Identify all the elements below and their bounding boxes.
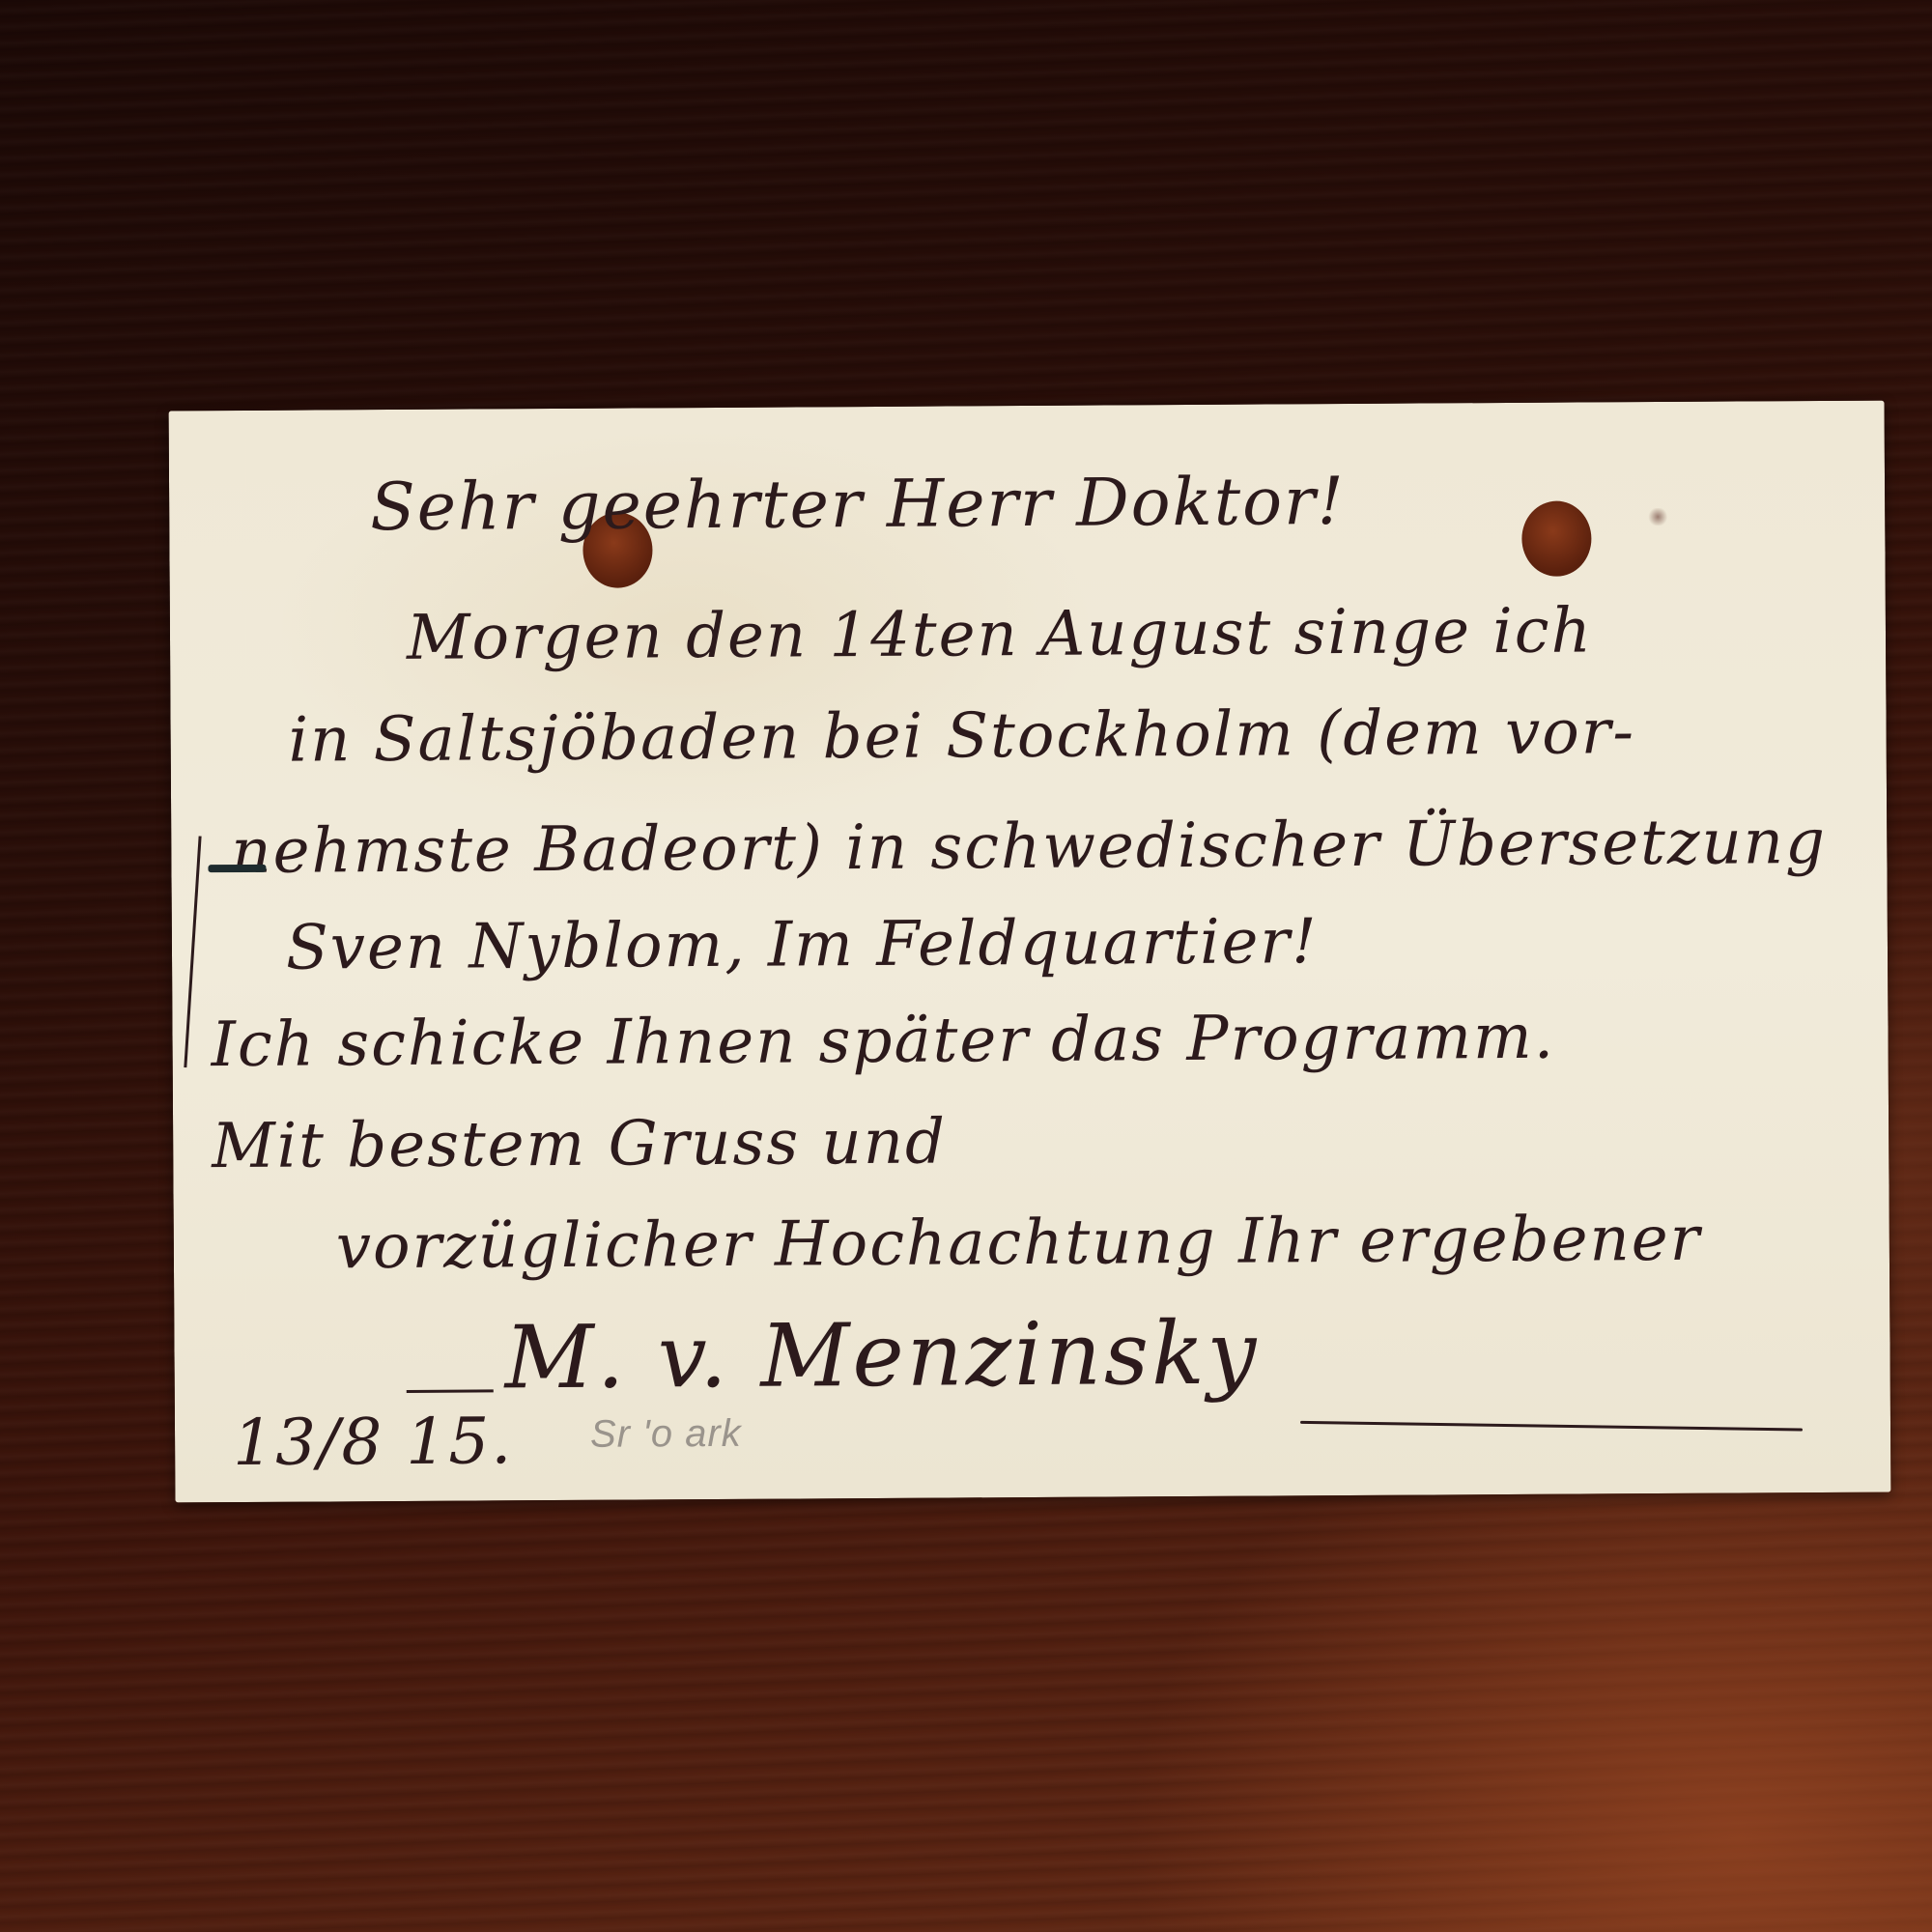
body-line: nehmste Badeort) in schwedischer Überset… — [231, 807, 1827, 888]
date-overline — [407, 1389, 494, 1393]
crossed-out-word — [208, 865, 266, 872]
greeting-line: Sehr geehrter Herr Doktor! — [370, 464, 1346, 546]
ink-smudge — [1647, 508, 1668, 526]
body-line: Morgen den 14ten August singe ich — [407, 595, 1593, 673]
signature: M. v. Menzinsky — [504, 1303, 1260, 1409]
closing-line: vorzüglicher Hochachtung Ihr ergebener — [336, 1204, 1702, 1284]
postcard: Sehr geehrter Herr Doktor! Morgen den 14… — [169, 401, 1891, 1503]
body-line: Ich schicke Ihnen später das Programm. — [211, 1002, 1555, 1081]
pencil-annotation: Sr 'o ark — [590, 1412, 742, 1457]
signature-flourish — [1300, 1421, 1803, 1432]
date: 13/8 15. — [233, 1404, 514, 1480]
closing-line: Mit bestem Gruss und — [212, 1107, 947, 1183]
punch-hole-right — [1521, 500, 1591, 576]
body-line: Sven Nyblom, Im Feldquartier! — [286, 906, 1319, 984]
margin-bracket-mark — [184, 836, 201, 1067]
body-line: in Saltsjöbaden bei Stockholm (dem vor- — [288, 696, 1635, 777]
